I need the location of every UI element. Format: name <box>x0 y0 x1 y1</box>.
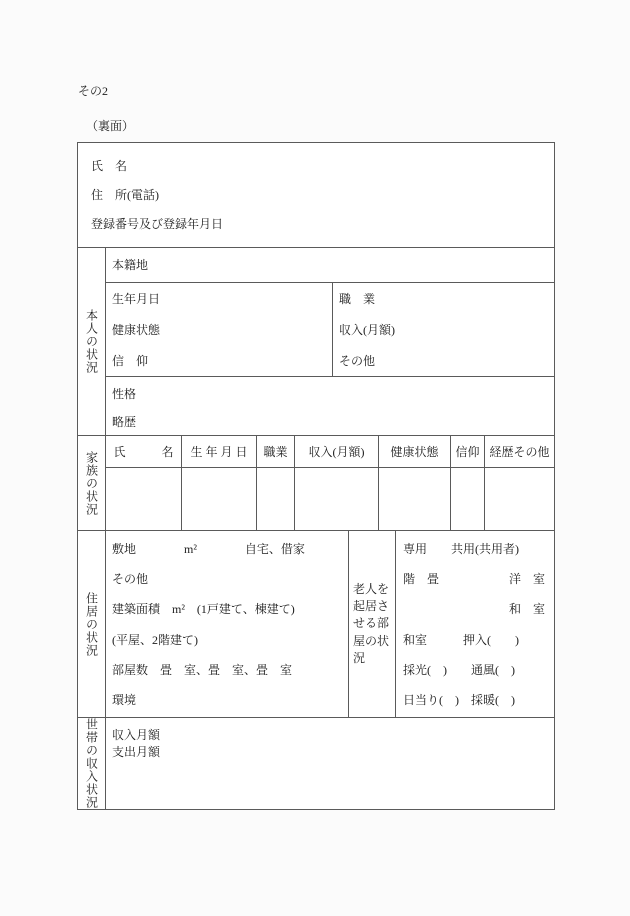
family-header-income: 収入(月額) <box>295 436 379 467</box>
family-status-section-label: 家族の状況 <box>86 451 98 516</box>
monthly-income-label: 収入月額 <box>106 726 554 743</box>
family-empty-cell <box>379 468 451 530</box>
housing-status-label-cell: 住居の状況 <box>78 531 106 717</box>
site-area-label: 敷地 m² 自宅、借家 <box>106 533 348 563</box>
household-income-section-label: 世帯の収入状況 <box>86 718 98 809</box>
other-label: その他 <box>333 345 554 376</box>
family-header-birthdate: 生 年 月 日 <box>182 436 257 467</box>
personality-history-cell: 性格 略歴 <box>106 377 554 435</box>
family-header-name: 氏 名 <box>106 436 182 467</box>
history-label: 略歴 <box>106 407 554 435</box>
religion-label: 信 仰 <box>106 345 332 376</box>
japanese-room-line: 和 室 <box>396 594 554 624</box>
housing-status-section-label: 住居の状況 <box>86 592 98 657</box>
person-status-label-cell: 本人の状況 <box>78 248 106 435</box>
monthly-expense-label: 支出月額 <box>106 743 554 760</box>
elderly-room-details-cell: 専用 共用(共用者) 階 畳 洋 室 和 室 和室 押入( ) 採光( ) 通風 <box>396 531 554 717</box>
building-stories-label: (平屋、2階建て) <box>106 624 348 654</box>
room-floor-left: 階 畳 <box>403 570 439 587</box>
building-area-label: 建築面積 m² (1戸建て、棟建て) <box>106 594 348 624</box>
address-phone-field-label: 住 所(電話) <box>78 180 554 209</box>
room-floor-line: 階 畳 洋 室 <box>396 563 554 593</box>
western-room-label: 洋 室 <box>509 570 545 587</box>
closet-label: 和室 押入( ) <box>403 631 519 648</box>
person-right-cell: 職 業 収入(月額) その他 <box>333 283 554 376</box>
legal-domicile-cell: 本籍地 <box>106 248 554 283</box>
household-income-section: 世帯の収入状況 収入月額 支出月額 <box>78 717 554 809</box>
family-empty-cell <box>257 468 295 530</box>
family-empty-cell <box>451 468 485 530</box>
page-number-label: その2 <box>78 82 108 99</box>
elderly-room-section-label: 老人を起居させる部屋の状況 <box>353 581 391 666</box>
person-status-section-label: 本人の状況 <box>86 309 98 374</box>
family-status-section: 家族の状況 氏 名 生 年 月 日 職業 収入(月額) 健康状態 信仰 経歴その… <box>78 435 554 530</box>
family-empty-cell <box>485 468 554 530</box>
health-label: 健康状態 <box>106 314 332 345</box>
legal-domicile-label: 本籍地 <box>112 256 148 273</box>
family-table-empty-row <box>106 468 554 530</box>
back-side-label: （裏面） <box>86 117 134 134</box>
person-left-cell: 生年月日 健康状態 信 仰 <box>106 283 333 376</box>
family-header-career-other: 経歴その他 <box>485 436 554 467</box>
family-status-label-cell: 家族の状況 <box>78 436 106 530</box>
family-header-health: 健康状態 <box>379 436 451 467</box>
family-header-religion: 信仰 <box>451 436 485 467</box>
housing-details-cell: 敷地 m² 自宅、借家 その他 建築面積 m² (1戸建て、棟建て) (平屋、2… <box>106 531 349 717</box>
closet-line: 和室 押入( ) <box>396 624 554 654</box>
housing-status-section: 住居の状況 敷地 m² 自宅、借家 その他 建築面積 m² (1戸建て、棟建て)… <box>78 530 554 717</box>
room-use-line: 専用 共用(共用者) <box>396 533 554 563</box>
person-status-section: 本人の状況 本籍地 生年月日 健康状態 信 仰 職 業 収入(月額) その他 性… <box>78 247 554 435</box>
family-empty-cell <box>295 468 379 530</box>
lighting-ventilation-label: 採光( ) 通風( ) <box>403 661 515 678</box>
elderly-room-label-cell: 老人を起居させる部屋の状況 <box>349 531 396 717</box>
family-header-occupation: 職業 <box>257 436 295 467</box>
site-other-label: その他 <box>106 563 348 593</box>
registration-number-date-field-label: 登録番号及び登録年月日 <box>78 209 554 238</box>
family-empty-cell <box>182 468 257 530</box>
sunlight-heating-label: 日当り( ) 採暖( ) <box>403 691 515 708</box>
registration-form-table: 氏 名 住 所(電話) 登録番号及び登録年月日 本人の状況 本籍地 生年月日 健… <box>77 142 555 810</box>
environment-label: 環境 <box>106 685 348 715</box>
income-monthly-label: 収入(月額) <box>333 314 554 345</box>
identity-section: 氏 名 住 所(電話) 登録番号及び登録年月日 <box>78 143 554 247</box>
occupation-label: 職 業 <box>333 283 554 314</box>
lighting-ventilation-line: 採光( ) 通風( ) <box>396 654 554 684</box>
name-field-label: 氏 名 <box>78 151 554 180</box>
household-income-label-cell: 世帯の収入状況 <box>78 718 106 809</box>
sunlight-heating-line: 日当り( ) 採暖( ) <box>396 685 554 715</box>
room-use-left: 専用 共用(共用者) <box>403 540 519 557</box>
household-income-cell: 収入月額 支出月額 <box>106 718 554 809</box>
birthdate-label: 生年月日 <box>106 283 332 314</box>
family-table-header-row: 氏 名 生 年 月 日 職業 収入(月額) 健康状態 信仰 経歴その他 <box>106 436 554 468</box>
room-count-label: 部屋数 畳 室、畳 室、畳 室 <box>106 654 348 684</box>
japanese-room-label: 和 室 <box>509 600 545 617</box>
personality-label: 性格 <box>106 379 554 407</box>
family-empty-cell <box>106 468 182 530</box>
